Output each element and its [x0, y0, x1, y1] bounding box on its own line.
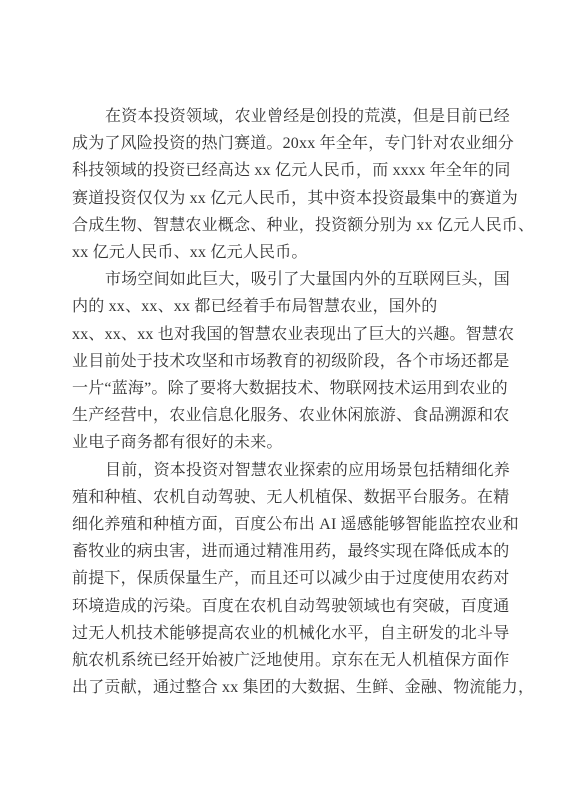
text-line: 殖和种植、农机自动驾驶、无人机植保、数据平台服务。在精: [72, 484, 512, 511]
text-line: 出了贡献，通过整合 xx 集团的大数据、生鲜、金融、物流能力，: [72, 674, 512, 701]
text-line: 业目前处于技术攻坚和市场教育的初级阶段，各个市场还都是: [72, 348, 512, 375]
text-line: 生产经营中，农业信息化服务、农业休闲旅游、食品溯源和农: [72, 402, 512, 429]
text-line: 航农机系统已经开始被广泛地使用。京东在无人机植保方面作: [72, 647, 512, 674]
text-line: 内的 xx、xx、xx 都已经着手布局智慧农业，国外的: [72, 293, 512, 320]
document-page: 在资本投资领域，农业曾经是创投的荒漠，但是目前已经 成为了风险投资的热门赛道。2…: [0, 0, 570, 807]
text-line: 环境造成的污染。百度在农机自动驾驶领域也有突破，百度通: [72, 593, 512, 620]
text-line: 赛道投资仅仅为 xx 亿元人民币，其中资本投资最集中的赛道为: [72, 185, 512, 212]
text-line: 过无人机技术能够提高农业的机械化水平，自主研发的北斗导: [72, 620, 512, 647]
text-line: 成为了风险投资的热门赛道。20xx 年全年，专门针对农业细分: [72, 130, 512, 157]
text-line: 合成生物、智慧农业概念、种业，投资额分别为 xx 亿元人民币、: [72, 212, 512, 239]
document-text-block: 在资本投资领域，农业曾经是创投的荒漠，但是目前已经 成为了风险投资的热门赛道。2…: [72, 103, 512, 701]
text-line: 市场空间如此巨大，吸引了大量国内外的互联网巨头，国: [72, 266, 512, 293]
paragraph-investment-overview: 在资本投资领域，农业曾经是创投的荒漠，但是目前已经 成为了风险投资的热门赛道。2…: [72, 103, 512, 266]
text-line: 细化养殖和种植方面，百度公布出 AI 遥感能够智能监控农业和: [72, 511, 512, 538]
text-line: xx 亿元人民币、xx 亿元人民币。: [72, 239, 512, 266]
text-line: 科技领域的投资已经高达 xx 亿元人民币，而 xxxx 年全年的同: [72, 157, 512, 184]
text-line: xx、xx、xx 也对我国的智慧农业表现出了巨大的兴趣。智慧农: [72, 321, 512, 348]
text-line: 在资本投资领域，农业曾经是创投的荒漠，但是目前已经: [72, 103, 512, 130]
text-line: 一片“蓝海”。除了要将大数据技术、物联网技术运用到农业的: [72, 375, 512, 402]
paragraph-application-scenarios: 目前，资本投资对智慧农业探索的应用场景包括精细化养 殖和种植、农机自动驾驶、无人…: [72, 457, 512, 702]
text-line: 前提下，保质保量生产，而且还可以减少由于过度使用农药对: [72, 565, 512, 592]
text-line: 业电子商务都有很好的未来。: [72, 429, 512, 456]
paragraph-market-space: 市场空间如此巨大，吸引了大量国内外的互联网巨头，国 内的 xx、xx、xx 都已…: [72, 266, 512, 456]
text-line: 畜牧业的病虫害，进而通过精准用药，最终实现在降低成本的: [72, 538, 512, 565]
text-line: 目前，资本投资对智慧农业探索的应用场景包括精细化养: [72, 457, 512, 484]
